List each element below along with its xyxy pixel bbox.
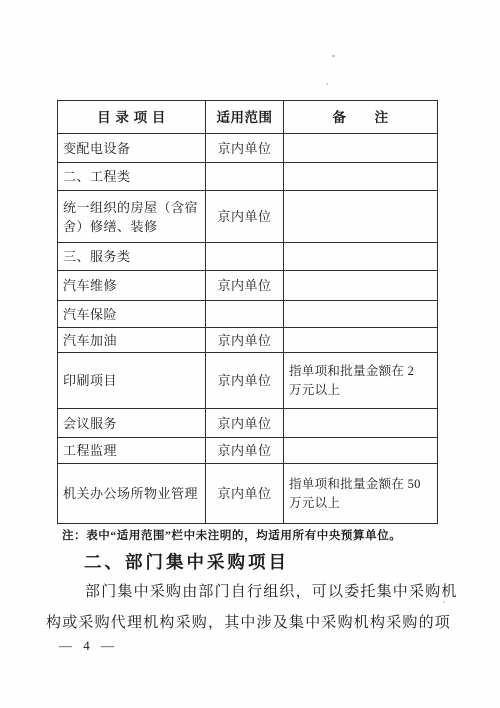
- remark-cell: [284, 301, 438, 328]
- item-cell: 汽车维修: [58, 271, 206, 301]
- remark-cell: [284, 271, 438, 301]
- remark-cell: [284, 438, 438, 464]
- scope-cell: [206, 243, 284, 271]
- item-cell: 汽车保险: [58, 301, 206, 328]
- remark-cell: [284, 134, 438, 163]
- item-cell: 统一组织的房屋（含宿 舍）修缮、装修: [58, 191, 206, 243]
- item-cell: 会议服务: [58, 409, 206, 438]
- procurement-catalog-table: 目 录 项 目 适用范围 备 注 变配电设备 京内单位 二、工程类 统一组织的房…: [57, 100, 438, 524]
- column-header-scope: 适用范围: [206, 101, 284, 134]
- scope-cell: 京内单位: [206, 438, 284, 464]
- scope-cell: 京内单位: [206, 328, 284, 353]
- remark-cell: 指单项和批量金额在 50 万元以上: [284, 464, 438, 524]
- scope-cell: [206, 301, 284, 328]
- table-row: 二、工程类: [58, 163, 438, 191]
- table-row: 汽车维修 京内单位: [58, 271, 438, 301]
- scanned-document-page: 目 录 项 目 适用范围 备 注 变配电设备 京内单位 二、工程类 统一组织的房…: [0, 0, 500, 708]
- table-row: 汽车加油 京内单位: [58, 328, 438, 353]
- item-cell: 机关办公场所物业管理: [58, 464, 206, 524]
- item-cell: 汽车加油: [58, 328, 206, 353]
- remark-cell: [284, 191, 438, 243]
- scope-cell: 京内单位: [206, 191, 284, 243]
- item-cell: 工程监理: [58, 438, 206, 464]
- table-footnote: 注：表中“适用范围”栏中未注明的，均适用所有中央预算单位。: [62, 529, 452, 544]
- table-row: 印刷项目 京内单位 指单项和批量金额在 2 万元以上: [58, 353, 438, 409]
- item-cell: 二、工程类: [58, 163, 206, 191]
- table-row: 会议服务 京内单位: [58, 409, 438, 438]
- table-row: 机关办公场所物业管理 京内单位 指单项和批量金额在 50 万元以上: [58, 464, 438, 524]
- scope-cell: 京内单位: [206, 271, 284, 301]
- table-row: 工程监理 京内单位: [58, 438, 438, 464]
- table-row: 三、服务类: [58, 243, 438, 271]
- column-header-remark: 备 注: [284, 101, 438, 134]
- page-number: — 4 —: [59, 638, 118, 654]
- scope-cell: [206, 163, 284, 191]
- item-cell: 变配电设备: [58, 134, 206, 163]
- remark-cell: [284, 328, 438, 353]
- remark-cell: 指单项和批量金额在 2 万元以上: [284, 353, 438, 409]
- remark-cell: [284, 163, 438, 191]
- scan-artifact: [443, 601, 445, 603]
- scope-cell: 京内单位: [206, 409, 284, 438]
- section-heading: 二、部门集中采购项目: [84, 551, 289, 573]
- scope-cell: 京内单位: [206, 464, 284, 524]
- scope-cell: 京内单位: [206, 353, 284, 409]
- scan-artifact: [332, 55, 335, 57]
- scan-artifact: [326, 83, 328, 85]
- table-row: 变配电设备 京内单位: [58, 134, 438, 163]
- table-row: 汽车保险: [58, 301, 438, 328]
- remark-cell: [284, 243, 438, 271]
- item-cell: 印刷项目: [58, 353, 206, 409]
- body-paragraph: 部门集中采购由部门自行组织，可以委托集中采购机 构或采购代理机构采购，其中涉及集…: [46, 577, 458, 639]
- scope-cell: 京内单位: [206, 134, 284, 163]
- table-row: 统一组织的房屋（含宿 舍）修缮、装修 京内单位: [58, 191, 438, 243]
- column-header-catalog: 目 录 项 目: [58, 101, 206, 134]
- table-header-row: 目 录 项 目 适用范围 备 注: [58, 101, 438, 134]
- remark-cell: [284, 409, 438, 438]
- item-cell: 三、服务类: [58, 243, 206, 271]
